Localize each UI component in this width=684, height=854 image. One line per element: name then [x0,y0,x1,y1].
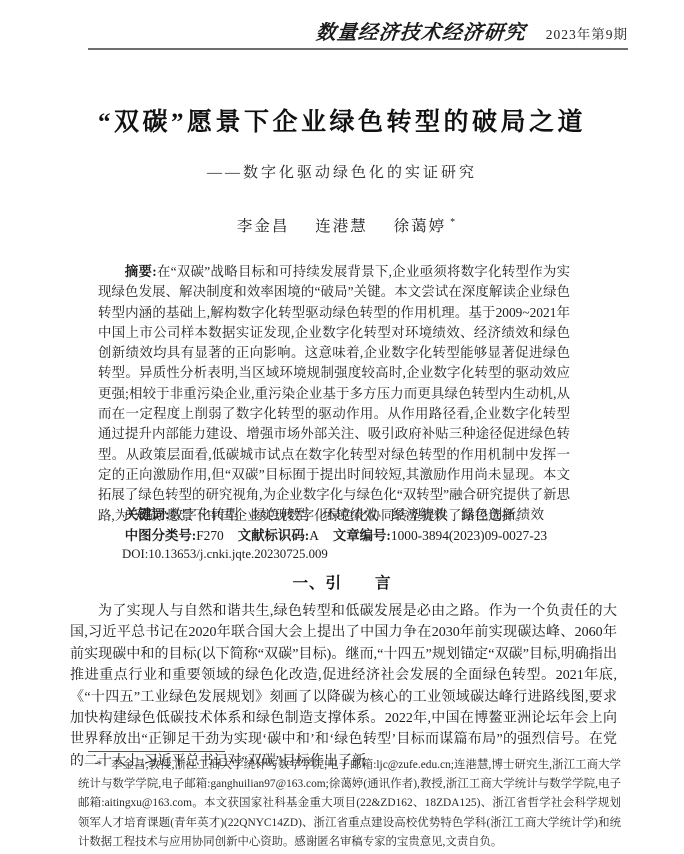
article-no-value: 1000-3894(2023)09-0027-23 [391,528,547,543]
author-2: 连港慧 [315,218,368,235]
article-title: “双碳”愿景下企业绿色转型的破局之道 [0,102,684,138]
abstract-text: 在“双碳”战略目标和可持续发展背景下,企业亟须将数字化转型作为实现绿色发展、解决… [98,264,570,523]
journal-name: 数量经济技术经济研究 [315,16,527,45]
abstract-block: 摘要:在“双碳”战略目标和可持续发展背景下,企业亟须将数字化转型作为实现绿色发展… [98,262,570,526]
footnote-text: 李金昌,教授,浙江工商大学统计与数学学院,电子邮箱:ljc@zufe.edu.c… [78,759,621,848]
footnote-marker: * [96,759,102,771]
doi-line: DOI:10.13653/j.cnki.jqte.20230725.009 [122,547,328,562]
page-header: 数量经济技术经济研究 2023年第9期 [88,16,628,50]
abstract-paragraph: 摘要:在“双碳”战略目标和可持续发展背景下,企业亟须将数字化转型作为实现绿色发展… [98,262,570,526]
doc-code-label: 文献标识码: [238,528,309,543]
author-1: 李金昌 [237,218,290,235]
footnote-paragraph: *李金昌,教授,浙江工商大学统计与数学学院,电子邮箱:ljc@zufe.edu.… [78,756,621,852]
journal-page: 数量经济技术经济研究 2023年第9期 “双碳”愿景下企业绿色转型的破局之道 —… [0,0,684,854]
footnote-divider [88,751,225,752]
clc-value: F270 [196,528,224,543]
author-3: 徐蔼婷 [394,218,447,235]
journal-issue: 2023年第9期 [546,23,628,45]
footnote-block: *李金昌,教授,浙江工商大学统计与数学学院,电子邮箱:ljc@zufe.edu.… [78,756,621,852]
section-heading-introduction: 一、引 言 [0,571,684,593]
keywords-line: 关键词:数字化转型 绿色转型 环境绩效 经济绩效 绿色创新绩效 [98,504,570,523]
body-paragraph: 为了实现人与自然和谐共生,绿色转型和低碳发展是必由之路。作为一个负责任的大国,习… [70,601,617,772]
article-subtitle: ——数字化驱动绿色化的实证研究 [0,161,684,182]
doc-code-value: A [309,528,319,543]
authors-line: 李金昌 连港慧 徐蔼婷* [0,214,684,236]
keywords-items: 数字化转型 绿色转型 环境绩效 经济绩效 绿色创新绩效 [169,507,544,522]
keywords-label: 关键词: [125,507,170,522]
corresponding-author-marker: * [450,217,457,228]
classification-line: 中图分类号:F270文献标识码:A文章编号:1000-3894(2023)09-… [98,525,578,544]
clc-label: 中图分类号: [125,528,196,543]
body-text-block: 为了实现人与自然和谐共生,绿色转型和低碳发展是必由之路。作为一个负责任的大国,习… [70,601,617,772]
article-no-label: 文章编号: [333,528,391,543]
abstract-label: 摘要: [125,264,157,279]
